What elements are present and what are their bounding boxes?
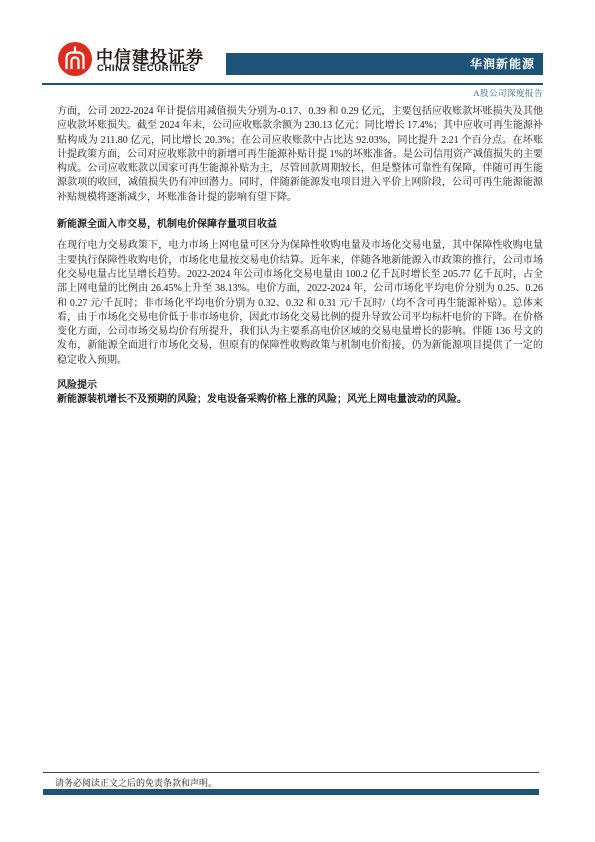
section-heading-market-trading: 新能源全面入市交易，机制电价保障存量项目收益: [57, 218, 543, 232]
header-divider: [42, 83, 543, 85]
risk-text: 新能源装机增长不及预期的风险；发电设备采购价格上涨的风险；风光上网电量波动的风险…: [57, 393, 543, 407]
footer-disclaimer: 请务必阅读正文之后的免责条款和声明。: [55, 776, 217, 789]
report-type-label: A股公司深度报告: [473, 87, 543, 99]
footer-divider-thick: [43, 789, 539, 795]
paragraph-credit-impairment: 方面，公司 2022-2024 年计提信用减值损失分别为-0.17、0.39 和…: [57, 105, 543, 205]
report-page: 中信建投证券 CHINA SECURITIES 华润新能源 A股公司深度报告 方…: [0, 0, 595, 842]
footer-divider-thin: [43, 772, 539, 773]
risk-heading: 风险提示: [57, 379, 543, 393]
company-banner: 华润新能源: [226, 53, 543, 75]
report-body: 方面，公司 2022-2024 年计提信用减值损失分别为-0.17、0.39 和…: [57, 105, 543, 408]
brand-name-en: CHINA SECURITIES: [97, 63, 196, 74]
paragraph-market-trading: 在现行电力交易政策下，电力市场上网电量可区分为保障性收购电量及市场化交易电量，其…: [57, 239, 543, 368]
citic-emblem-icon: [58, 42, 92, 76]
